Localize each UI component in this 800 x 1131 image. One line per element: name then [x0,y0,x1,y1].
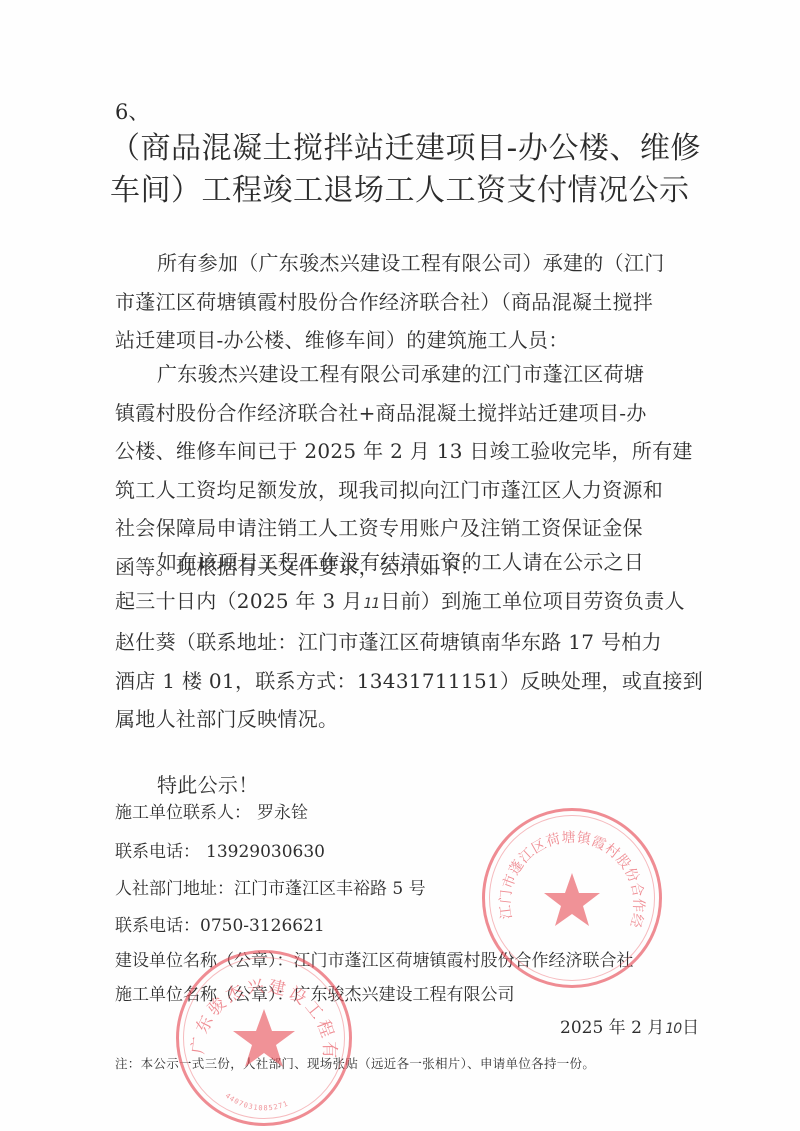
contractor-official-seal: 广东骏杰兴建设工程有限公司 4407031085271 [176,950,352,1126]
paragraph-line: 筑工人工资均足额发放，现我司拟向江门市蓬江区人力资源和 [115,471,715,510]
hrss-address-label: 人社部门地址： [115,879,234,899]
deadline-text-after: 日前）到施工单位项目劳资负责人 [380,589,685,613]
paragraph-line: 赵仕葵（联系地址：江门市蓬江区荷塘镇南华东路 17 号柏力 [115,623,715,662]
date-prefix: 2025 年 2 月 [560,1018,664,1038]
contractor-phone: 联系电话：13929030630 [115,837,325,862]
paragraph-line: 公楼、维修车间已于 2025 年 2 月 13 日竣工验收完毕，所有建 [115,432,715,471]
hrss-phone-value: 0750-3126621 [200,916,325,936]
paragraph-line: 属地人社部门反映情况。 [115,700,715,739]
paragraph-addressee: 所有参加（广东骏杰兴建设工程有限公司）承建的（江门 市蓬江区荷塘镇霞村股份合作经… [115,244,715,360]
hrss-phone-label: 联系电话： [115,916,200,936]
paragraph-line: 起三十日内（2025 年 3 月11日前）到施工单位项目劳资负责人 [115,582,715,624]
contractor-contact: 施工单位联系人：罗永铨 [115,798,308,823]
paragraph-line: 镇霞村股份合作经济联合社+商品混凝土搅拌站迁建项目-办 [115,394,715,433]
contractor-phone-label: 联系电话： [115,842,200,862]
contractor-name: 施工单位名称（公章）：广东骏杰兴建设工程有限公司 [115,980,515,1005]
handwritten-deadline-day: 11 [363,596,381,612]
contractor-contact-label: 施工单位联系人： [115,803,251,823]
paragraph-instructions: 如在该项目工程工作没有结清工资的工人请在公示之日 起三十日内（2025 年 3 … [115,543,715,739]
contractor-name-label: 施工单位名称（公章）： [115,985,294,1005]
seal-serial: 4407031085271 [224,1092,290,1113]
paragraph-line: 市蓬江区荷塘镇霞村股份合作经济联合社）（商品混凝土搅拌 [115,283,715,322]
paragraph-line: 社会保障局申请注销工人工资专用账户及注销工资保证金保 [115,509,715,548]
date-suffix: 日 [682,1018,699,1038]
paragraph-line: 所有参加（广东骏杰兴建设工程有限公司）承建的（江门 [115,244,715,283]
paragraph-line: 广东骏杰兴建设工程有限公司承建的江门市蓬江区荷塘 [115,355,715,394]
contractor-phone-value: 13929030630 [206,842,325,862]
client-name-value: 江门市蓬江区荷塘镇霞村股份合作经济联合社 [294,951,634,971]
star-icon [544,873,600,926]
document-page: 6、 （商品混凝土搅拌站迁建项目-办公楼、维修 车间）工程竣工退场工人工资支付情… [0,0,800,1131]
document-date: 2025 年 2 月10日 [560,1013,699,1038]
hrss-phone: 联系电话：0750-3126621 [115,911,325,936]
contractor-name-value: 广东骏杰兴建设工程有限公司 [294,985,515,1005]
footnote: 注：本公示一式三份，人社部门、现场张贴（远近各一张相片）、申请单位各持一份。 [115,1054,595,1072]
paragraph-line: 站迁建项目-办公楼、维修车间）的建筑施工人员： [115,321,715,360]
hrss-address-value: 江门市蓬江区丰裕路 5 号 [234,879,426,899]
client-name-label: 建设单位名称（公章）： [115,951,294,971]
paragraph-line: 如在该项目工程工作没有结清工资的工人请在公示之日 [115,543,715,582]
item-number: 6、 [115,96,149,126]
paragraph-line: 酒店 1 楼 01，联系方式：13431711151）反映处理，或直接到 [115,662,715,701]
handwritten-date-day: 10 [664,1021,682,1037]
deadline-text-before: 起三十日内（2025 年 3 月 [115,589,363,613]
title-line: （商品混凝土搅拌站迁建项目-办公楼、维修 [110,128,710,170]
seal-text: 江门市蓬江区荷塘镇霞村股份合作经济联合社 [485,811,646,930]
client-name: 建设单位名称（公章）：江门市蓬江区荷塘镇霞村股份合作经济联合社 [115,946,634,971]
document-title: （商品混凝土搅拌站迁建项目-办公楼、维修 车间）工程竣工退场工人工资支付情况公示 [110,128,710,212]
seal-graphic: 广东骏杰兴建设工程有限公司 4407031085271 [179,953,349,1123]
hrss-address: 人社部门地址：江门市蓬江区丰裕路 5 号 [115,874,426,899]
title-line: 车间）工程竣工退场工人工资支付情况公示 [110,170,710,212]
contractor-contact-value: 罗永铨 [257,803,308,823]
